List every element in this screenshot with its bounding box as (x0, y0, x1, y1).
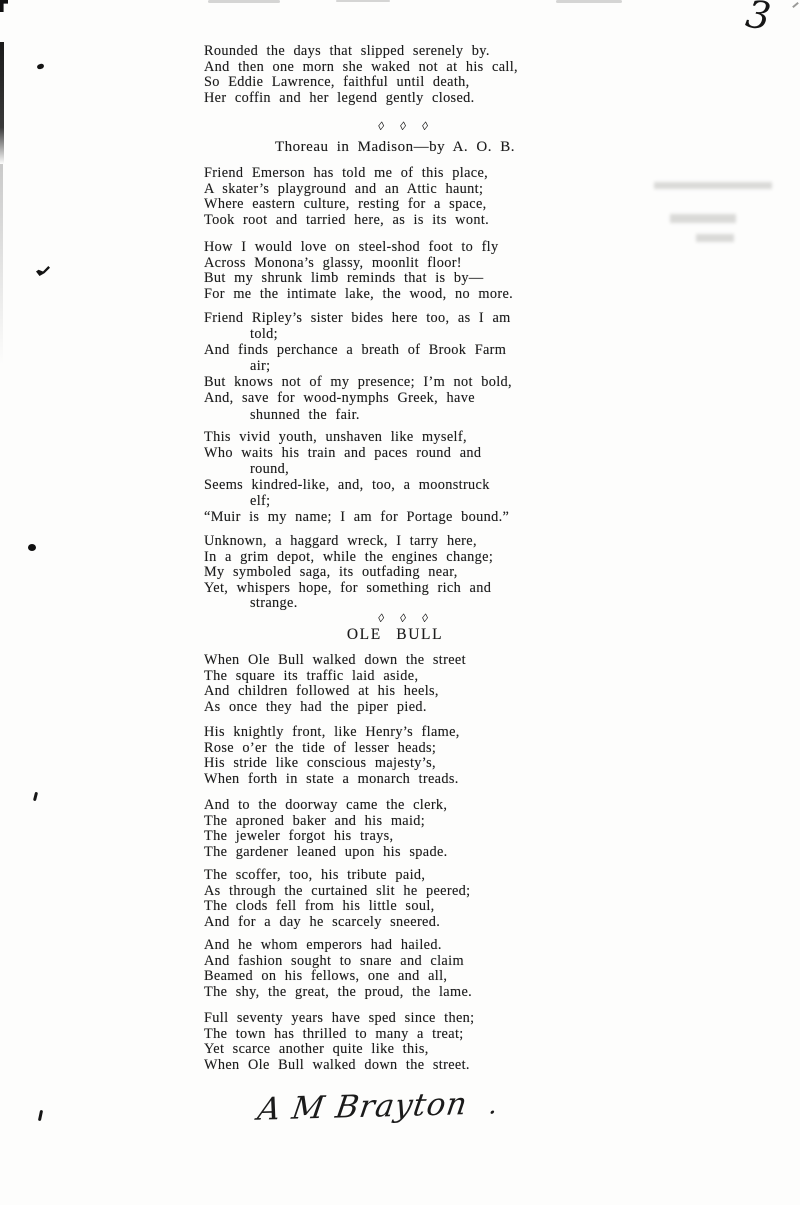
scan-edge-shadow-faint (0, 164, 3, 364)
poem-line: The clods fell from his little soul, (204, 899, 586, 915)
poem-line: And fashion sought to snare and claim (204, 954, 586, 970)
poem-line: Friend Emerson has told me of this place… (204, 166, 586, 182)
poem-line: When Ole Bull walked down the street (204, 653, 586, 669)
poem-line: In a grim depot, while the engines chang… (204, 550, 586, 566)
poem-line: When Ole Bull walked down the street. (204, 1058, 586, 1074)
poem-line: My symboled saga, its outfading near, (204, 565, 586, 581)
poem-line: His stride like conscious majesty’s, (204, 756, 586, 772)
page-number-handwritten: 3 (743, 0, 800, 44)
ink-speck-stroke (38, 1110, 43, 1121)
poem-line: And for a day he scarcely sneered. (204, 915, 586, 931)
poem-line: The square its traffic laid aside, (204, 669, 586, 685)
ole-bull-stanza-3: And to the doorway came the clerk,The ap… (204, 798, 586, 860)
scan-smudge (208, 0, 280, 3)
poem-line: His knightly front, like Henry’s flame, (204, 725, 586, 741)
scan-smudge (556, 0, 622, 3)
thoreau-stanza-5: Unknown, a haggard wreck, I tarry here,I… (204, 534, 586, 612)
poem-line: And, save for wood-nymphs Greek, have (204, 390, 586, 406)
poem-line: air; (204, 358, 586, 374)
thoreau-stanza-3: Friend Ripley’s sister bides here too, a… (204, 310, 586, 423)
ink-speck (36, 63, 44, 70)
ole-bull-stanza-1: When Ole Bull walked down the streetThe … (204, 653, 586, 715)
poem-line: But knows not of my presence; I’m not bo… (204, 374, 586, 390)
poem-line: told; (204, 326, 586, 342)
poem-line: For me the intimate lake, the wood, no m… (204, 287, 586, 303)
poem-line: The jeweler forgot his trays, (204, 829, 586, 845)
author-signature-handwritten: A M Brayton. (255, 1084, 540, 1127)
poem-line: And to the doorway came the clerk, (204, 798, 586, 814)
poem-line: Where eastern culture, resting for a spa… (204, 197, 586, 213)
poem-line: The gardener leaned upon his spade. (204, 845, 586, 861)
thoreau-stanza-4: This vivid youth, unshaven like myself,W… (204, 429, 586, 526)
thoreau-poem-title: Thoreau in Madison—by A. O. B. (204, 139, 586, 156)
poem-line: Took root and tarried here, as is its wo… (204, 213, 586, 229)
poem-line: Unknown, a haggard wreck, I tarry here, (204, 534, 586, 550)
poem-line: So Eddie Lawrence, faithful until death, (204, 75, 586, 91)
signature-flourish: . (487, 1090, 501, 1120)
poem-line: The aproned baker and his maid; (204, 814, 586, 830)
poem-line: round, (204, 461, 586, 477)
diamond-ornament-row: ◊◊◊ (203, 611, 603, 626)
ink-speck-checkmark (36, 266, 50, 276)
poem-line: elf; (204, 493, 586, 509)
thoreau-stanza-1: Friend Emerson has told me of this place… (204, 166, 586, 228)
ole-bull-stanza-6: Full seventy years have sped since then;… (204, 1011, 586, 1073)
poem-line: strange. (204, 596, 586, 612)
poem-eddie-lawrence-excerpt: Rounded the days that slipped serenely b… (204, 44, 586, 106)
poem-line: Her coffin and her legend gently closed. (204, 91, 586, 107)
diamond-ornament-row: ◊◊◊ (203, 119, 603, 134)
scan-edge-shadow (0, 42, 4, 164)
poem-line: But my shrunk limb reminds that is by— (204, 271, 586, 287)
signature-text: A M Brayton (255, 1086, 470, 1128)
poem-line: Across Monona’s glassy, moonlit floor! (204, 256, 586, 272)
ole-bull-stanza-4: The scoffer, too, his tribute paid,As th… (204, 868, 586, 930)
poem-line: Rounded the days that slipped serenely b… (204, 44, 586, 60)
poem-line: And then one morn she waked not at his c… (204, 60, 586, 76)
poem-line: As through the curtained slit he peered; (204, 884, 586, 900)
poem-line: And children followed at his heels, (204, 684, 586, 700)
poem-line: Seems kindred-like, and, too, a moonstru… (204, 477, 586, 493)
scan-smudge (336, 0, 390, 2)
poem-line: “Muir is my name; I am for Portage bound… (204, 509, 586, 525)
thoreau-stanza-2: How I would love on steel-shod foot to f… (204, 240, 586, 302)
poem-line: The scoffer, too, his tribute paid, (204, 868, 586, 884)
scanned-document-page: 3 Rounded the days that slipped serenely… (0, 0, 800, 1205)
poem-line: The town has thrilled to many a treat; (204, 1027, 586, 1043)
poem-line: shunned the fair. (204, 407, 586, 423)
poem-line: How I would love on steel-shod foot to f… (204, 240, 586, 256)
poem-line: And he whom emperors had hailed. (204, 938, 586, 954)
scan-corner-mark (0, 0, 8, 12)
poem-line: The shy, the great, the proud, the lame. (204, 985, 586, 1001)
poem-line: And finds perchance a breath of Brook Fa… (204, 342, 586, 358)
poem-line: This vivid youth, unshaven like myself, (204, 429, 586, 445)
poem-line: Beamed on his fellows, one and all, (204, 969, 586, 985)
ole-bull-stanza-2: His knightly front, like Henry’s flame,R… (204, 725, 586, 787)
poem-line: Yet scarce another quite like this, (204, 1042, 586, 1058)
ole-bull-poem-title: OLE BULL (204, 626, 586, 644)
ink-speck-dot (28, 544, 36, 551)
poem-line: Friend Ripley’s sister bides here too, a… (204, 310, 586, 326)
ole-bull-stanza-5: And he whom emperors had hailed.And fash… (204, 938, 586, 1000)
poem-line: As once they had the piper pied. (204, 700, 586, 716)
ghost-stamp-artifact (648, 172, 788, 267)
ink-speck-stroke (33, 792, 38, 801)
poem-line: Rose o’er the tide of lesser heads; (204, 741, 586, 757)
poem-line: Yet, whispers hope, for something rich a… (204, 581, 586, 597)
poem-line: Full seventy years have sped since then; (204, 1011, 586, 1027)
poem-line: A skater’s playground and an Attic haunt… (204, 182, 586, 198)
poem-line: Who waits his train and paces round and (204, 445, 586, 461)
poem-line: When forth in state a monarch treads. (204, 772, 586, 788)
